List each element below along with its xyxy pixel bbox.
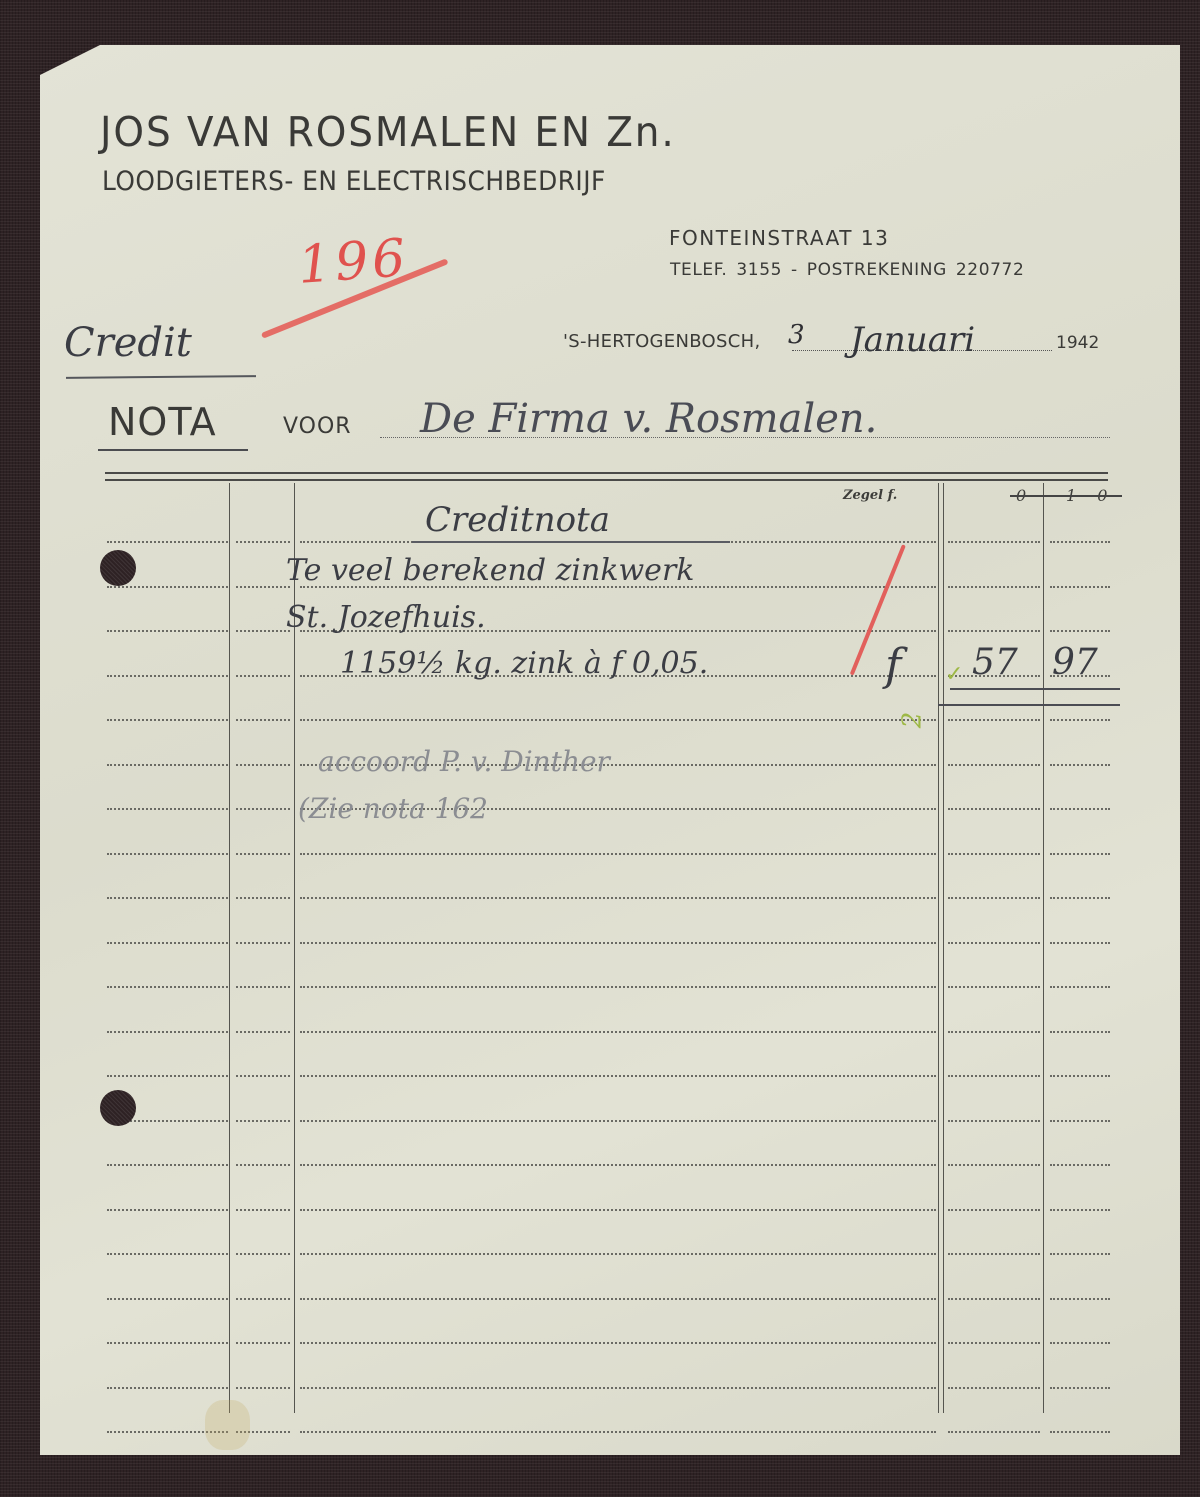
column-divider-4 <box>1043 483 1044 1413</box>
ruled-row-segment <box>107 942 228 944</box>
line-item-2: St. Jozefhuis. <box>286 600 486 635</box>
ruled-row-segment <box>236 586 290 588</box>
ruled-row-segment <box>1050 986 1110 988</box>
company-subtitle: LOODGIETERS- EN ELECTRISCHBEDRIJF <box>102 166 606 197</box>
ruled-row-segment <box>236 897 290 899</box>
ruled-row-segment <box>107 541 228 543</box>
ruled-row-segment <box>236 1031 290 1033</box>
ruled-row-segment <box>236 1253 290 1255</box>
ruled-row-segment <box>236 1342 290 1344</box>
ruled-row-segment <box>236 541 290 543</box>
ruled-row-segment <box>948 1387 1040 1389</box>
ruled-row-segment <box>236 853 290 855</box>
heading-underline <box>412 541 730 543</box>
reference-note: (Zie nota 162 <box>298 792 488 825</box>
ruled-row-segment <box>948 1431 1040 1433</box>
line-item-1: Te veel berekend zinkwerk <box>286 553 694 588</box>
date-day: 3 <box>788 320 805 350</box>
ruled-row-segment <box>107 719 228 721</box>
ruled-row-segment <box>236 986 290 988</box>
paper-stain <box>205 1400 250 1450</box>
ruled-row-segment <box>236 630 290 632</box>
ruled-row-segment <box>300 853 936 855</box>
ruled-row-segment <box>107 986 228 988</box>
ruled-row-segment <box>236 1298 290 1300</box>
ruled-row-segment <box>300 1164 936 1166</box>
company-name: JOS VAN ROSMALEN EN Zn. <box>100 108 676 156</box>
ruled-row-segment <box>1050 719 1110 721</box>
ruled-row-segment <box>107 586 228 588</box>
ruled-row-segment <box>236 1209 290 1211</box>
stamp-label: Zegel f. <box>843 488 897 503</box>
ruled-row-segment <box>948 764 1040 766</box>
ruled-row-segment <box>107 1253 228 1255</box>
ruled-row-segment <box>948 586 1040 588</box>
ruled-row-segment <box>1050 1253 1110 1255</box>
ruled-row-segment <box>948 1209 1040 1211</box>
ruled-row-segment <box>1050 1075 1110 1077</box>
ruled-row-segment <box>948 1164 1040 1166</box>
ruled-row-segment <box>300 1431 936 1433</box>
approval-note: accoord P. v. Dinther <box>318 745 610 778</box>
ruled-row-segment <box>236 719 290 721</box>
ruled-row-segment <box>1050 1298 1110 1300</box>
table-top-rule <box>105 472 1108 474</box>
amount-currency: f <box>885 640 901 691</box>
column-divider-1 <box>229 483 230 1413</box>
ruled-row-segment <box>948 853 1040 855</box>
total-rule-2 <box>938 704 1120 706</box>
date-month: Januari <box>850 320 975 360</box>
ruled-row-segment <box>1050 541 1110 543</box>
column-divider-3a <box>938 483 939 1413</box>
creditnota-heading: Creditnota <box>425 500 610 540</box>
stamp-strikethrough <box>1010 495 1122 497</box>
ruled-row-segment <box>107 1031 228 1033</box>
voor-label: VOOR <box>283 414 352 439</box>
ruled-row-segment <box>948 719 1040 721</box>
credit-label: Credit <box>64 320 192 366</box>
nota-underline <box>98 449 248 451</box>
ruled-row-segment <box>948 942 1040 944</box>
ruled-row-segment <box>300 986 936 988</box>
ruled-row-segment <box>1050 1031 1110 1033</box>
ruled-row-segment <box>300 1075 936 1077</box>
ruled-row-segment <box>1050 942 1110 944</box>
ruled-row-segment <box>236 1164 290 1166</box>
green-pencil-mark: 2 <box>897 712 927 729</box>
amount-cents: 97 <box>1052 642 1098 683</box>
company-address: FONTEINSTRAAT 13 <box>669 226 889 250</box>
ruled-row-segment <box>948 1298 1040 1300</box>
ruled-row-segment <box>948 541 1040 543</box>
ruled-row-segment <box>300 719 936 721</box>
ruled-row-segment <box>1050 630 1110 632</box>
ruled-row-segment <box>300 1342 936 1344</box>
ruled-row-segment <box>1050 853 1110 855</box>
ruled-row-segment <box>236 942 290 944</box>
ruled-row-segment <box>948 1120 1040 1122</box>
punch-hole-top <box>100 550 136 586</box>
ruled-row-segment <box>1050 1209 1110 1211</box>
ruled-row-segment <box>948 1253 1040 1255</box>
ruled-row-segment <box>300 1120 936 1122</box>
ruled-row-segment <box>300 1209 936 1211</box>
ruled-row-segment <box>107 1298 228 1300</box>
line-item-3: 1159½ kg. zink à f 0,05. <box>340 646 708 681</box>
recipient-name: De Firma v. Rosmalen. <box>420 396 877 442</box>
ruled-row-segment <box>1050 1431 1110 1433</box>
column-divider-3b <box>943 483 944 1413</box>
nota-title: NOTA <box>108 400 217 444</box>
invoice-paper <box>40 45 1180 1455</box>
ruled-row-segment <box>1050 1164 1110 1166</box>
ruled-row-segment <box>300 1253 936 1255</box>
punch-hole-bottom <box>100 1090 136 1126</box>
ruled-row-segment <box>1050 1120 1110 1122</box>
ruled-row-segment <box>300 1298 936 1300</box>
ruled-row-segment <box>948 986 1040 988</box>
ruled-row-segment <box>107 1342 228 1344</box>
company-contact: TELEF. 3155 - POSTREKENING 220772 <box>670 260 1024 280</box>
ruled-row-segment <box>107 675 228 677</box>
ruled-row-segment <box>1050 764 1110 766</box>
ruled-row-segment <box>236 1120 290 1122</box>
ruled-row-segment <box>107 808 228 810</box>
ruled-row-segment <box>107 1164 228 1166</box>
ruled-row-segment <box>948 1342 1040 1344</box>
ruled-row-segment <box>236 675 290 677</box>
ruled-row-segment <box>1050 1342 1110 1344</box>
total-rule-1 <box>950 688 1120 690</box>
ruled-row-segment <box>300 1031 936 1033</box>
ruled-row-segment <box>1050 586 1110 588</box>
ruled-row-segment <box>1050 897 1110 899</box>
table-top-rule-2 <box>105 479 1108 481</box>
ruled-row-segment <box>300 942 936 944</box>
ruled-row-segment <box>107 1387 228 1389</box>
ruled-row-segment <box>107 1075 228 1077</box>
amount-guilders: 57 <box>972 642 1018 683</box>
ruled-row-segment <box>236 1387 290 1389</box>
ruled-row-segment <box>948 1075 1040 1077</box>
ruled-row-segment <box>107 764 228 766</box>
ruled-row-segment <box>300 897 936 899</box>
ruled-row-segment <box>236 808 290 810</box>
ruled-row-segment <box>236 764 290 766</box>
ruled-row-segment <box>1050 808 1110 810</box>
ruled-row-segment <box>107 853 228 855</box>
ruled-row-segment <box>300 1387 936 1389</box>
date-year: 1942 <box>1056 333 1099 353</box>
ruled-row-segment <box>107 630 228 632</box>
green-tick-mark: ✓ <box>945 662 963 687</box>
ruled-row-segment <box>107 897 228 899</box>
ruled-row-segment <box>948 897 1040 899</box>
ruled-row-segment <box>236 1075 290 1077</box>
ruled-row-segment <box>948 1031 1040 1033</box>
ruled-row-segment <box>948 808 1040 810</box>
ruled-row-segment <box>948 630 1040 632</box>
place-label: 'S-HERTOGENBOSCH, <box>563 331 760 352</box>
ruled-row-segment <box>107 1209 228 1211</box>
ruled-row-segment <box>1050 1387 1110 1389</box>
